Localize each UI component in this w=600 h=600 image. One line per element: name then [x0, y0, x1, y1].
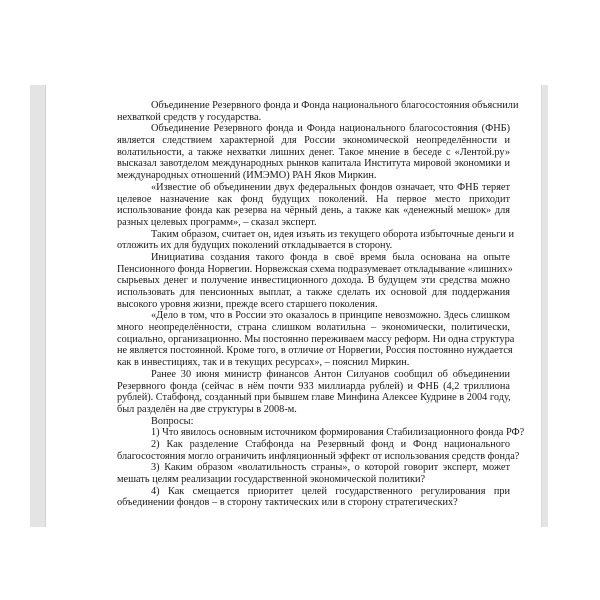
paragraph: Объединение Резервного фонда и Фонда нац…	[117, 123, 510, 181]
paragraph: 1) Что явилось основным источником форми…	[117, 427, 510, 439]
paragraph: «Известие об объединении двух федеральны…	[117, 182, 510, 229]
paragraph: 4) Как смещается приоритет целей государ…	[117, 486, 510, 509]
text-line: использовать для пенсионных выплат, а та…	[117, 287, 510, 299]
text-line: был разделён на две структуры в 2008-м.	[117, 404, 510, 416]
text-line: благосостояния могло ограничить инфляцио…	[117, 451, 510, 463]
text-line: 3) Каким образом «волатильность страны»,…	[117, 462, 510, 474]
document-body: Объединение Резервного фонда и Фонда нац…	[117, 100, 510, 509]
text-line: нехваткой средств у государства.	[117, 112, 510, 124]
text-line: отложить их для будущих поколений отклад…	[117, 240, 510, 252]
text-line: Инициатива создания такого фонда в своё …	[117, 252, 510, 264]
paragraph: Объединение Резервного фонда и Фонда нац…	[117, 100, 510, 123]
text-line: много неопределённости, страна слишком в…	[117, 322, 510, 334]
text-line: целевое назначение как фонд будущих поко…	[117, 194, 510, 206]
paragraph: 2) Как разделение Стабфонда на Резервный…	[117, 439, 510, 462]
text-line: является следствием характерной для Росс…	[117, 135, 510, 147]
text-line: не является постоянной. Кроме того, в от…	[117, 345, 510, 357]
paragraph: Инициатива создания такого фонда в своё …	[117, 252, 510, 310]
paragraph: Таким образом, считает он, идея изъять и…	[117, 229, 510, 252]
text-line: социально, организационно. Мы постоянно …	[117, 334, 510, 346]
text-line: Объединение Резервного фонда и Фонда нац…	[117, 100, 510, 112]
text-line: высказал завотделом международных рынков…	[117, 158, 510, 170]
text-line: как в инвестициях, так и в текущих ресур…	[117, 357, 510, 369]
text-line: высокого уровня жизни, прежде всего стар…	[117, 299, 510, 311]
text-line: Резервного фонда (сейчас в нём почти 933…	[117, 381, 510, 393]
paragraph: «Дело в том, что в России это оказалось …	[117, 310, 510, 368]
text-line: разных целевых программ», – сказал экспе…	[117, 217, 510, 229]
paragraph: 3) Каким образом «волатильность страны»,…	[117, 462, 510, 485]
text-line: Вопросы:	[117, 416, 510, 428]
text-line: 4) Как смещается приоритет целей государ…	[117, 486, 510, 498]
right-margin-bar	[541, 85, 548, 527]
text-line: Ранее 30 июня министр финансов Антон Сил…	[117, 369, 510, 381]
text-line: использование фонда как резерва на чёрны…	[117, 205, 510, 217]
text-line: объединении фондов – в сторону тактическ…	[117, 497, 510, 509]
text-line: рублей). Стабфонд, созданный при бывшем …	[117, 392, 510, 404]
paragraph: Вопросы:	[117, 416, 510, 428]
text-line: 1) Что явилось основным источником форми…	[117, 427, 510, 439]
text-line: международных отношений (ИМЭМО) РАН Яков…	[117, 170, 510, 182]
text-line: «Известие об объединении двух федеральны…	[117, 182, 510, 194]
text-line: мешать целям реализации государственной …	[117, 474, 510, 486]
paragraph: Ранее 30 июня министр финансов Антон Сил…	[117, 369, 510, 416]
text-line: 2) Как разделение Стабфонда на Резервный…	[117, 439, 510, 451]
text-line: Пенсионного фонда Норвегии. Норвежская с…	[117, 264, 510, 276]
text-line: волатильности, а также нехватки лишних д…	[117, 147, 510, 159]
text-line: «Дело в том, что в России это оказалось …	[117, 310, 510, 322]
text-line: сырьевых денег и получение инвестиционно…	[117, 275, 510, 287]
left-margin-bar	[30, 85, 46, 527]
text-line: Объединение Резервного фонда и Фонда нац…	[117, 123, 510, 135]
text-line: Таким образом, считает он, идея изъять и…	[117, 229, 510, 241]
